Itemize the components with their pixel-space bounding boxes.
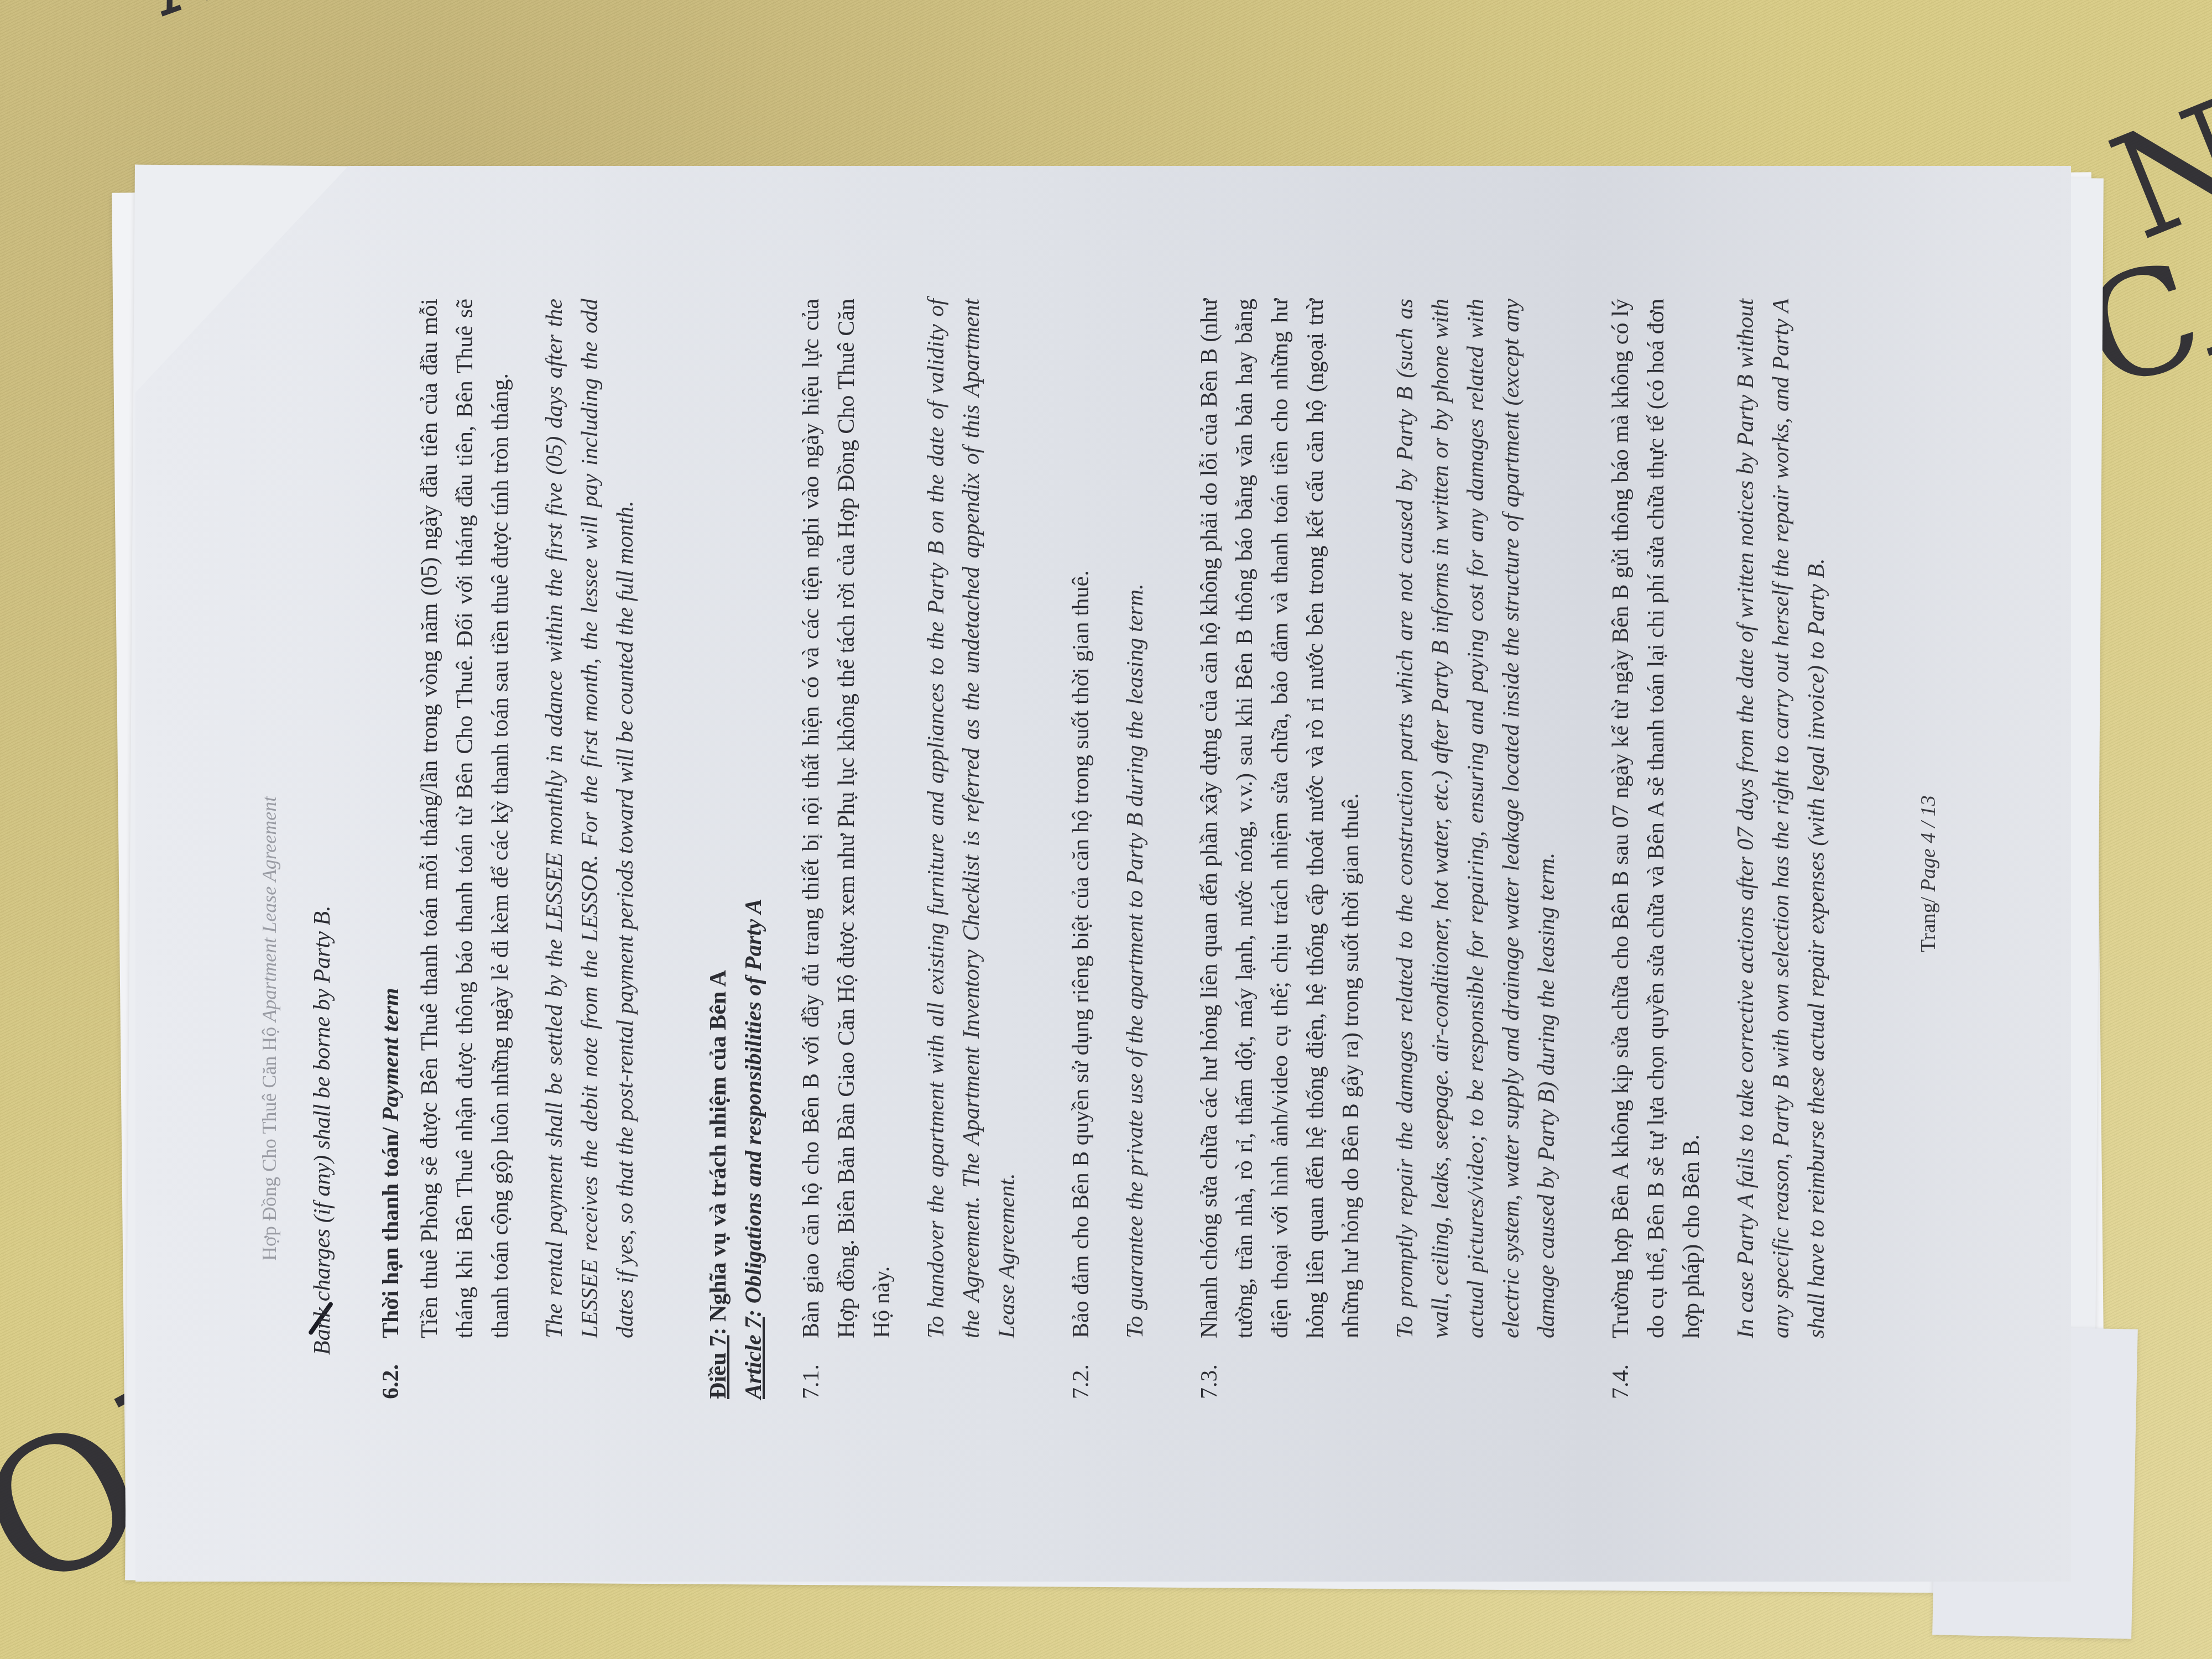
- article-heading-en: Article 7: Obligations and responsibilit…: [736, 299, 771, 1399]
- footer-page-number: Page 4 / 13: [1917, 795, 1940, 891]
- clause-7-4: 7.4. Trường hợp Bên A không kịp sửa chữa…: [1603, 299, 1853, 1399]
- article-label-vn: Điều 7: [706, 1335, 731, 1400]
- clause-text-vn: Bàn giao căn hộ cho Bên B với đầy đủ tra…: [794, 299, 900, 1338]
- clause-number: 7.4.: [1603, 1338, 1853, 1399]
- clause-heading: Thời hạn thanh toán/ Payment term: [373, 299, 409, 1338]
- article-7-heading: Điều 7: Nghĩa vụ và trách nhiệm của Bên …: [701, 299, 771, 1399]
- running-header: Hợp Đồng Cho Thuê Căn Hộ Apartment Lease…: [252, 299, 287, 1261]
- bank-charges-note: Bank charges (if any) shall be borne by …: [305, 299, 340, 1355]
- document-page: Hợp Đồng Cho Thuê Căn Hộ Apartment Lease…: [135, 166, 2071, 1582]
- clause-text-vn: Nhanh chóng sửa chữa các hư hỏng liên qu…: [1192, 299, 1369, 1338]
- clause-7-1: 7.1. Bàn giao căn hộ cho Bên B với đầy đ…: [794, 299, 1044, 1399]
- clause-number: 6.2.: [373, 1338, 662, 1399]
- clause-text-vn: Tiền thuê Phòng sẽ được Bên Thuê thanh t…: [412, 299, 518, 1338]
- clause-text-vn: Bảo đảm cho Bên B quyền sử dụng riêng bi…: [1063, 299, 1099, 1338]
- running-header-en: Apartment Lease Agreement: [258, 796, 280, 1022]
- clause-text-en: To guarantee the private use of the apar…: [1118, 299, 1153, 1338]
- clause-heading-en: Payment term: [378, 988, 404, 1121]
- article-title-en: : Obligations and responsibilities of Pa…: [741, 899, 766, 1317]
- clause-text-en: The rental payment shall be settled by t…: [537, 299, 643, 1338]
- article-heading-vn: Điều 7: Nghĩa vụ và trách nhiệm của Bên …: [701, 299, 736, 1399]
- clause-heading-vn: Thời hạn thanh toán/: [378, 1127, 404, 1338]
- clause-text-en: To promptly repair the damages related t…: [1387, 299, 1564, 1338]
- page-footer: Trang/ Page 4 / 13: [1911, 166, 1946, 1582]
- clause-text-vn: Trường hợp Bên A không kịp sửa chữa cho …: [1603, 299, 1709, 1338]
- page-content: Hợp Đồng Cho Thuê Căn Hộ Apartment Lease…: [135, 166, 2071, 1582]
- clause-number: 7.1.: [794, 1338, 1044, 1399]
- footer-label-vn: Trang/: [1917, 897, 1940, 952]
- clause-7-2: 7.2. Bảo đảm cho Bên B quyền sử dụng riê…: [1063, 299, 1172, 1399]
- clause-6-2: 6.2. Thời hạn thanh toán/ Payment term T…: [373, 299, 662, 1399]
- article-title-vn: : Nghĩa vụ và trách nhiệm của Bên A: [706, 970, 731, 1335]
- clause-7-3: 7.3. Nhanh chóng sửa chữa các hư hỏng li…: [1192, 299, 1583, 1399]
- clause-text-en: To handover the apartment with all exist…: [919, 299, 1025, 1338]
- clause-number: 7.3.: [1192, 1338, 1583, 1399]
- running-header-vn: Hợp Đồng Cho Thuê Căn Hộ: [258, 1027, 280, 1261]
- clause-text-en: In case Party A fails to take corrective…: [1728, 299, 1834, 1338]
- article-label-en: Article 7: [741, 1317, 766, 1399]
- cloth-lettering-a: A: [134, 0, 236, 32]
- clause-number: 7.2.: [1063, 1338, 1172, 1399]
